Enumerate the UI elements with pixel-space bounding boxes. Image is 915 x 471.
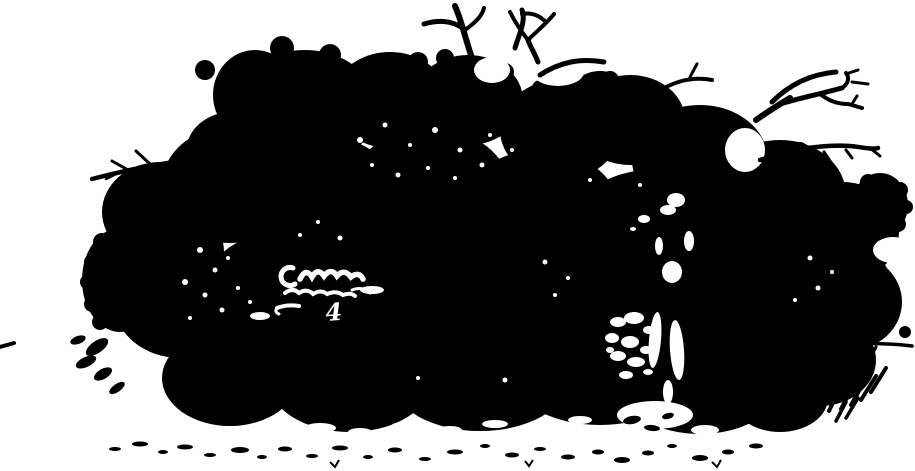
inscription-digit: 4: [324, 297, 343, 327]
engraving-canvas: 4: [0, 0, 915, 471]
figure-arm-highlight: [684, 231, 694, 251]
engraving: 4: [0, 0, 915, 471]
figure-hat-highlight: [667, 193, 685, 207]
figure-coat-highlight: [662, 261, 682, 283]
